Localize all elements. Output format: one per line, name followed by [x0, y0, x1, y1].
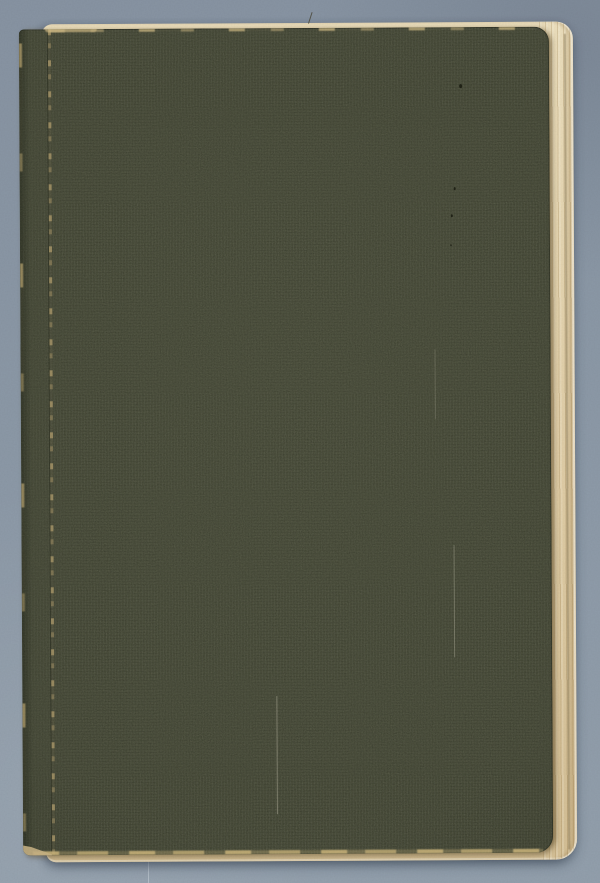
- top-left-edge-chip: [45, 28, 97, 32]
- dark-fleck: [451, 214, 453, 217]
- scratch-mark: [276, 696, 278, 814]
- closed-notebook: [0, 0, 600, 883]
- dark-fleck: [459, 84, 462, 88]
- dark-fleck: [454, 187, 456, 190]
- cloth-texture: [19, 27, 553, 856]
- dark-fleck: [450, 244, 452, 246]
- photo-backdrop: [0, 0, 600, 883]
- front-cover: [19, 27, 553, 856]
- scratch-mark: [454, 545, 456, 657]
- scratch-mark: [435, 349, 436, 419]
